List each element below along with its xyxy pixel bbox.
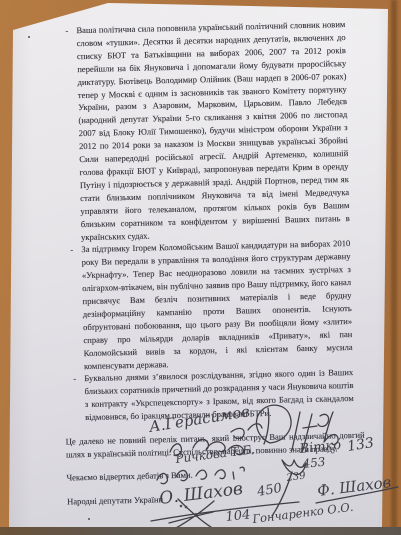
- bullet-text-tushky: Ваша політична сила поповнила українськи…: [76, 19, 350, 242]
- bullet-text-kolomoyskyi: За підтримку Ігорем Коломойським Вашої к…: [81, 238, 353, 370]
- photo-frame: - Ваша політична сила поповнила українсь…: [0, 0, 401, 535]
- bullet-dash: -: [70, 244, 73, 257]
- closing-paragraph: Це далеко не повний перелік питань, який…: [66, 429, 366, 462]
- paper-sheet: - Ваша політична сила поповнила українсь…: [0, 0, 401, 535]
- bullet-item: - За підтримку Ігорем Коломойським Вашої…: [81, 237, 353, 372]
- bullet-text-ukrspetsexport: Буквально днями з’явилося розслідування,…: [84, 367, 354, 422]
- bullet-item: - Ваша політична сила поповнила українсь…: [76, 18, 350, 243]
- letter-body: - Ваша політична сила поповнила українсь…: [56, 18, 366, 508]
- bullet-dash: -: [65, 24, 68, 37]
- awaiting-debates-line: Чекаємо відвертих дебатів з Вами.: [66, 465, 365, 485]
- table-edge-shadow: [0, 527, 401, 535]
- bullet-item: - Буквально днями з’явилося розслідуванн…: [84, 366, 354, 424]
- paper-speck: [88, 518, 90, 520]
- paper-speck: [56, 13, 58, 15]
- bullet-dash: -: [73, 373, 76, 386]
- paper-speck: [28, 36, 30, 38]
- background-door-edge: [391, 0, 397, 535]
- bullet-list: - Ваша політична сила поповнила українсь…: [56, 18, 364, 425]
